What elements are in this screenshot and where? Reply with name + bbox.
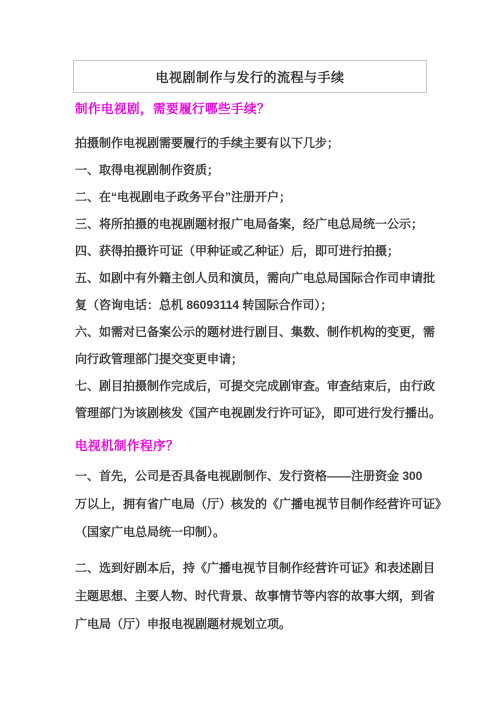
- section1-heading: 制作电视剧，需要履行哪些手续？: [75, 102, 496, 116]
- procedure-step-4: 四、获得拍摄许可证（甲种证或乙种证）后，即可进行拍摄；: [75, 238, 496, 265]
- procedure-step-5: 五、如剧中有外籍主创人员和演员，需向广电总局国际合作司申请批复（咨询电话：总机 …: [75, 265, 496, 319]
- production-paragraph-2: 二、选到好剧本后，持《广播电视节目制作经营许可证》和表述剧目主题思想、主要人物、…: [75, 554, 496, 638]
- production-paragraph-1: 一、首先，公司是否具备电视剧制作、发行资格——注册资金 300万以上，拥有省广电…: [75, 462, 496, 546]
- procedure-step-7: 七、剧目拍摄制作完成后，可提交完成剧审查。审查结束后，由行政管理部门为该剧核发《…: [75, 373, 496, 427]
- section2-heading: 电视机制作程序？: [75, 439, 496, 453]
- document-title: 电视剧制作与发行的流程与手续: [155, 67, 344, 86]
- procedure-step-1: 一、取得电视剧制作资质；: [75, 157, 496, 184]
- document-page: 电视剧制作与发行的流程与手续 制作电视剧，需要履行哪些手续？ 拍摄制作电视剧需要…: [0, 0, 496, 702]
- procedure-step-3: 三、将所拍摄的电视剧题材报广电局备案，经广电总局统一公示；: [75, 211, 496, 238]
- procedure-step-2: 二、在“电视剧电子政务平台”注册开户；: [75, 184, 496, 211]
- procedure-step-6: 六、如需对已备案公示的题材进行剧目、集数、制作机构的变更，需向行政管理部门提交变…: [75, 319, 496, 373]
- section1-intro: 拍摄制作电视剧需要履行的手续主要有以下几步；: [75, 130, 496, 157]
- document-title-box: 电视剧制作与发行的流程与手续: [73, 60, 427, 93]
